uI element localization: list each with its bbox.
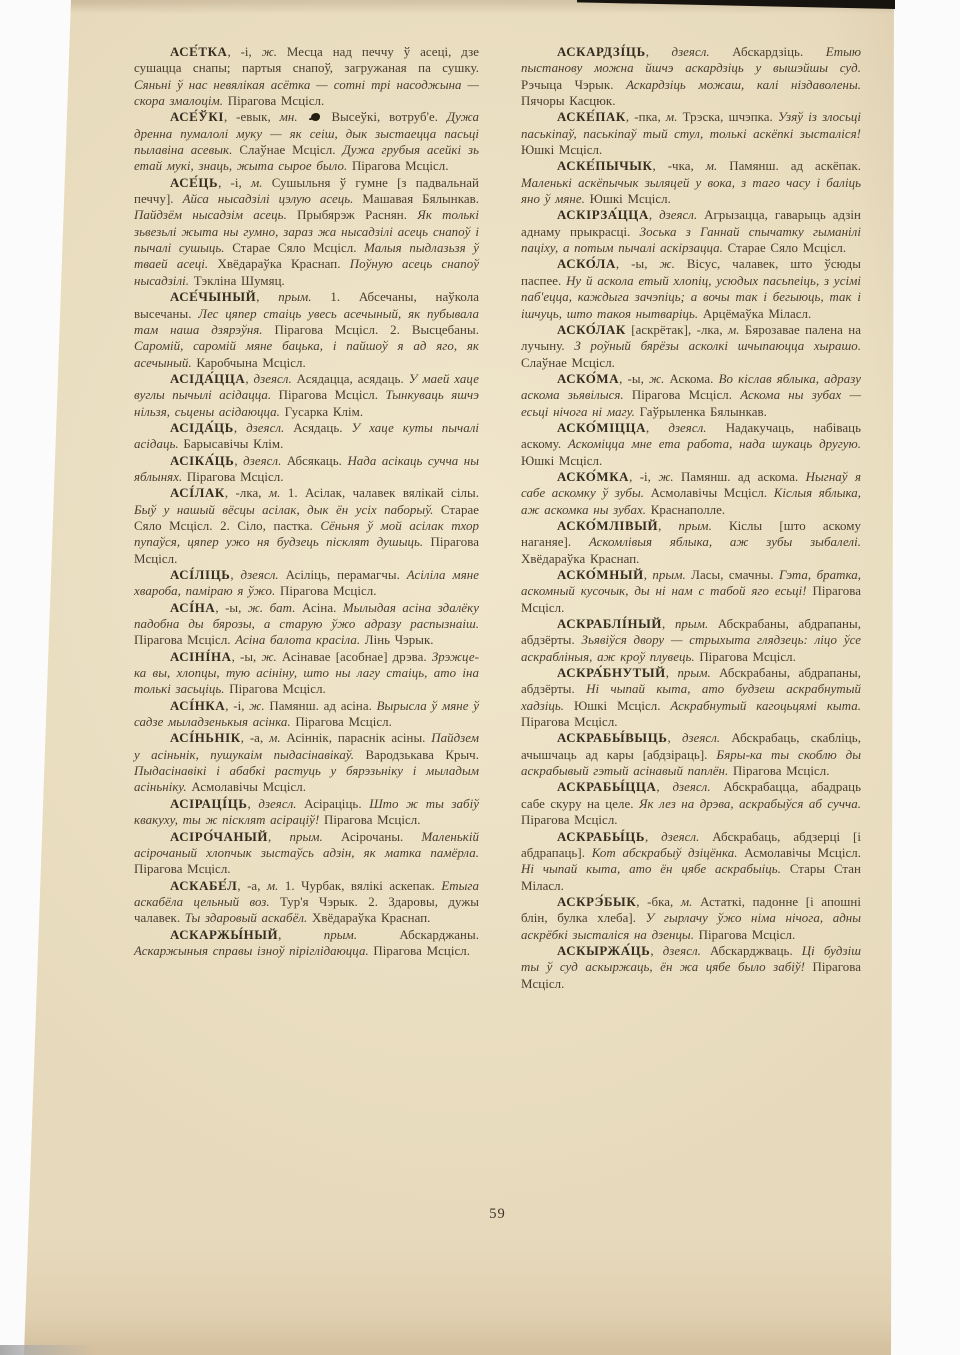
entry-text: , [245, 372, 253, 386]
dictionary-entry: АСКЫРЖА́ЦЬ, дзеясл. Абскарджваць. Ці буд… [521, 943, 861, 992]
dictionary-entry: АСКЕ́ПЫЧЫК, -чка, м. Памянш. ад аскёпак.… [521, 158, 861, 207]
headword: АСКАРДЗІ́ЦЬ [557, 45, 646, 59]
page-number: 59 [134, 1206, 861, 1223]
entry-text: , -а, [241, 731, 269, 745]
entry-text: , -ы, [619, 372, 649, 386]
entry-text: дзеясл. [246, 421, 293, 435]
headword: АСІ́ЛАК [170, 486, 225, 500]
headword: АСІДА́ЦЦА [170, 372, 245, 386]
entry-text: Арцёмаўка Міласл. [703, 307, 811, 321]
dictionary-entry: АСІРО́ЧАНЫЙ, прым. Асірочаны. Маленькій … [134, 829, 479, 878]
headword: АСКАБЕ́Л [170, 879, 237, 893]
entry-text: Аскома. [670, 372, 719, 386]
entry-text: [аскрётак], -лка, [626, 323, 728, 337]
entry-text: , -і, [218, 176, 251, 190]
entry-text: Абскардзіць. [732, 45, 826, 59]
headword: АСКІРЗА́ЦЦА [557, 208, 649, 222]
entry-text: , -чка, [652, 159, 705, 173]
entry-text: Асірочаны. [341, 830, 422, 844]
headword: АСЕ́ТКА [170, 45, 227, 59]
entry-text: ж. [262, 45, 287, 59]
headword: АСКО́ЛА [557, 257, 616, 271]
dictionary-entry: АСКРАБЫ́ЦЦА, дзеясл. Абскрабацца, абадра… [521, 779, 861, 828]
entry-text: Асмолавічы Мсцісл. [651, 486, 774, 500]
entry-text: Юшкі Мсцісл. [521, 454, 602, 468]
entry-text: ж. [261, 650, 281, 664]
entry-text: Краснаполле. [651, 503, 726, 517]
dictionary-column-left: АСЕ́ТКА, -і, ж. Месца над печчу ў асеці,… [134, 44, 479, 959]
dictionary-entry: АСКО́ЛАК [аскрётак], -лка, м. Бярозавае … [521, 322, 861, 371]
entry-text: Юшкі Мсцісл. [521, 143, 602, 157]
entry-text: , [646, 45, 672, 59]
headword: АСКО́МА [557, 372, 619, 386]
entry-text: Асядаць. [293, 421, 351, 435]
entry-text: Асмолавічы Мсцісл. [744, 846, 861, 860]
entry-text: З роўный бярёзы асколкі шчыпаюцца хырашо… [574, 339, 861, 353]
entry-text: Машавая Бялынкав. [362, 192, 479, 206]
entry-text: , [230, 568, 240, 582]
entry-text: Аскомлівыя яблыка, аж зубы зыбалелі. [589, 535, 861, 549]
entry-text: дзеясл. [682, 731, 731, 745]
entry-text: Пайдзём нысадзім асець. [134, 208, 297, 222]
entry-text: Пірагова Мсцісл. [699, 650, 796, 664]
headword: АСІ́НКА [170, 699, 225, 713]
entry-text: прым. [675, 617, 718, 631]
entry-text: м. [681, 895, 700, 909]
headword: АСЕ́ЦЬ [170, 176, 218, 190]
entry-text: ж. [649, 372, 669, 386]
headword: АСЕ́ЧЫНЫЙ [170, 290, 256, 304]
entry-text: , [662, 617, 675, 631]
headword: АСІРАЦІ́ЦЬ [170, 797, 248, 811]
dictionary-entry: АСІДА́ЦЬ, дзеясл. Асядаць. У хаце куты п… [134, 420, 479, 453]
dictionary-entry: АСІКА́ЦЬ, дзеясл. Абсякаць. Нада асікаць… [134, 453, 479, 486]
dictionary-entry: АСКРЭ́БЫК, -бка, м. Астаткі, падонне [і … [521, 894, 861, 943]
entry-text: Пірагова Мсцісл. [280, 584, 377, 598]
entry-text: Асмолавічы Мсцісл. [191, 780, 306, 794]
entry-text: , [278, 928, 324, 942]
dictionary-entry: АСКО́МКА, -і, ж. Памянш. ад аскома. Ныгн… [521, 469, 861, 518]
entry-text: м. [728, 323, 745, 337]
entry-text: , [248, 797, 259, 811]
entry-text: , [650, 944, 662, 958]
dictionary-entry: АСКРАБЫ́ЦЬ, дзеясл. Абскрабаць, абдзерці… [521, 829, 861, 894]
scan-corner-shadow [0, 1345, 95, 1355]
entry-text: Асіліць, перамагчы. [286, 568, 407, 582]
dictionary-entry: АСЕ́ЎКІ, -евык, мн. Высеўкі, вотруб'е. Д… [134, 109, 479, 174]
dictionary-entry: АСЕ́ЧЫНЫЙ, прым. 1. Абсечаны, наўкола вы… [134, 289, 479, 371]
entry-text: , -евык, [224, 110, 280, 124]
headword: АСКРАБЫ́ВЫЦЬ [557, 731, 667, 745]
entry-text: ж. бат. [248, 601, 302, 615]
entry-text: прым. [652, 568, 691, 582]
entry-text: Пірагова Мсцісл. [229, 682, 326, 696]
entry-text: Кот абскрабыў дзіцёнка. [592, 846, 745, 860]
dictionary-entry: АСЕ́ТКА, -і, ж. Месца над печчу ў асеці,… [134, 44, 479, 109]
entry-text: Асіна балота красіла. [235, 633, 365, 647]
headword: АСЕ́ЎКІ [170, 110, 224, 124]
entry-text: Абскарджваць. [710, 944, 802, 958]
entry-text: дзеясл. [661, 830, 712, 844]
headword: АСКРАБЛІ́НЫЙ [557, 617, 662, 631]
entry-text: Быў у нашый вёсцы асілак, дык ён усіх па… [134, 503, 441, 517]
dictionary-entry: АСІ́ЛІЦЬ, дзеясл. Асіліць, перамагчы. Ас… [134, 567, 479, 600]
entry-text: Пірагова Мсцісл. [373, 944, 470, 958]
headword: АСКРАБЫ́ЦЦА [557, 780, 656, 794]
entry-text: , [234, 421, 246, 435]
entry-text: м. [269, 731, 286, 745]
entry-text: , -ы, [232, 650, 262, 664]
entry-text: Слаўнае Мсцісл. [521, 356, 615, 370]
entry-text: Ласы, смачны. [691, 568, 779, 582]
entry-text: , -і, [629, 470, 658, 484]
headword: АСІРО́ЧАНЫЙ [170, 830, 268, 844]
dictionary-entry: АСІДА́ЦЦА, дзеясл. Асядацца, асядаць. У … [134, 371, 479, 420]
entry-text: ж. [249, 699, 269, 713]
headword: АСКО́МНЫЙ [557, 568, 644, 582]
entry-text: Пірагова Мсцісл. [134, 862, 231, 876]
entry-text: Пірагова Мсцісл. [699, 928, 796, 942]
entry-text: Пячоры Касцюк. [521, 94, 615, 108]
entry-text: Гусарка Клім. [285, 405, 364, 419]
dictionary-entry: АСКАРЖЫ́НЫЙ, прым. Абскарджаны. Аскаржын… [134, 927, 479, 960]
dictionary-entry: АСКРАБЫ́ВЫЦЬ, дзеясл. Абскрабаць, скаблі… [521, 730, 861, 779]
entry-text: Слаўнае Мсцісл. [239, 143, 342, 157]
entry-text: дзеясл. [241, 568, 286, 582]
entry-text: , [658, 519, 678, 533]
entry-text: Гаўрыленка Бялынкав. [640, 405, 767, 419]
dictionary-entry: АСКО́МЛІВЫЙ, прым. Кіслы [што аскому наг… [521, 518, 861, 567]
dictionary-entry: АСІ́НЬНІК, -а, м. Асіннік, параснік асін… [134, 730, 479, 795]
dictionary-entry: АСКІРЗА́ЦЦА, дзеясл. Агрызацца, гаварыць… [521, 207, 861, 256]
dictionary-entry: АСКРА́БНУТЫЙ, прым. Абскрабаны, абдрапан… [521, 665, 861, 730]
headword: АСІ́НА [170, 601, 215, 615]
entry-text: , -бка, [636, 895, 681, 909]
entry-text: Пірагова Мсцісл. [228, 94, 325, 108]
dictionary-entry: АСІ́ЛАК, -лка, м. 1. Асілак, чалавек вял… [134, 485, 479, 567]
entry-text: м. [267, 879, 285, 893]
entry-text: дзеясл. [663, 944, 710, 958]
entry-text: Саромій, саромій мяне бацька, і пайшоў я… [134, 339, 479, 369]
entry-text: Абсякаць. [287, 454, 348, 468]
entry-text: прым. [679, 519, 729, 533]
dictionary-entry: АСІРАЦІ́ЦЬ, дзеясл. Асіраціць. Што ж ты … [134, 796, 479, 829]
entry-text: Памянш. ад аскома. [681, 470, 806, 484]
headword: АСКО́МЛІВЫЙ [557, 519, 658, 533]
entry-text: Пірагова Мсцісл. [632, 388, 740, 402]
entry-text: Лінь Чэрык. [365, 633, 434, 647]
entry-text: дзеясл. [668, 421, 725, 435]
entry-text: Аскаржыныя справы ізноў піріглідаюцца. [134, 944, 373, 958]
entry-text: Барысавічы Клім. [183, 437, 283, 451]
dictionary-entry: АСКО́МІЦЦА, дзеясл. Надакучаць, набіваць… [521, 420, 861, 469]
entry-text: прым. [289, 830, 341, 844]
entry-text: Пірагова Мсцісл. 2. Высцебаны. [274, 323, 479, 337]
entry-text: Пірагова Мсцісл. [352, 159, 449, 173]
entry-text: Пірагова Мсцісл. [295, 715, 392, 729]
entry-text: Ты здаровый аскабёл. [185, 911, 312, 925]
entry-text: ж. [658, 470, 681, 484]
entry-text: , -і, [225, 699, 249, 713]
entry-text: Трэска, шчэпка. [683, 110, 778, 124]
entry-text: Аскоміцца мне ета работа, нада шукаць др… [568, 437, 861, 451]
dictionary-entry: АСІ́НКА, -і, ж. Памянш. ад асіна. Вырысл… [134, 698, 479, 731]
entry-text: дзеясл. [672, 780, 723, 794]
entry-text: Памянш. ад асіна. [269, 699, 376, 713]
entry-text: , [666, 666, 678, 680]
entry-text: , [646, 421, 668, 435]
entry-text: , [667, 731, 682, 745]
headword: АСКО́ЛАК [557, 323, 626, 337]
headword: АСІ́НЬНІК [170, 731, 241, 745]
entry-text: Пірагова Мсцісл. [733, 764, 830, 778]
entry-text: Аскрабнутый кагоцьцямі кыта. [670, 699, 861, 713]
entry-text: дзеясл. [254, 372, 297, 386]
entry-text: Высеўкі, вотруб'е. [323, 110, 447, 124]
entry-text: , [256, 290, 278, 304]
entry-text: Пірагова Мсцісл. [134, 633, 235, 647]
entry-text: Юшкі Мсцісл. [590, 192, 671, 206]
entry-text: Юшкі Мсцісл. [574, 699, 670, 713]
entry-text: м. [666, 110, 683, 124]
dictionary-entry: АСКО́ЛА, -ы, ж. Вісус, чалавек, што ўсюд… [521, 256, 861, 321]
entry-text: Пірагова Мсцісл. [521, 813, 618, 827]
dictionary-entry: АСІ́НА, -ы, ж. бат. Асіна. Мылыдая асіна… [134, 600, 479, 649]
dictionary-entry: АСІНІ́НА, -ы, ж. Асінавае [асобнае] дрэв… [134, 649, 479, 698]
entry-text: , -ы, [215, 601, 248, 615]
entry-text: ж. [660, 257, 687, 271]
entry-text: м. [251, 176, 272, 190]
headword: АСІДА́ЦЬ [170, 421, 234, 435]
dictionary-entry: АСЕ́ЦЬ, -і, м. Сушыльня ў гумне [з падва… [134, 175, 479, 289]
headword: АСІНІ́НА [170, 650, 232, 664]
entry-text: , -пка, [626, 110, 666, 124]
entry-text: , [645, 830, 661, 844]
entry-text: мн. [280, 110, 307, 124]
entry-text: 1. Асілак, чалавек вялікай сілы. [288, 486, 479, 500]
entry-text: Аскардзіць можаш, калі ніздаволены. [626, 78, 861, 92]
entry-text: Хвёдараўка Краснап. [217, 257, 349, 271]
entry-text: Старае Сяло Мсцісл. [728, 241, 846, 255]
dictionary-column-right: АСКАРДЗІ́ЦЬ, дзеясл. Абскардзіць. Етыю п… [521, 44, 861, 992]
entry-text: Пыдасінавікі і абабкі растуць у бярэзьні… [134, 764, 479, 794]
entry-text: Асіна. [302, 601, 343, 615]
entry-text: Старае Сяло Мсцісл. [232, 241, 364, 255]
entry-text: Тэкліна Шумяц. [194, 274, 285, 288]
entry-text: Асядацца, асядаць. [297, 372, 409, 386]
entry-text: Вародзькава Крыч. [365, 748, 479, 762]
entry-text: Рэчыца Чэрык. [521, 78, 626, 92]
entry-text: Ні чыпай кыта, ато ён цябе аскрабыіць. [521, 862, 790, 876]
headword: АСКРА́БНУТЫЙ [557, 666, 666, 680]
entry-text: , -ы, [616, 257, 660, 271]
headword: АСІКА́ЦЬ [170, 454, 234, 468]
entry-text: прым. [324, 928, 400, 942]
entry-text: дзеясл. [659, 208, 704, 222]
entry-text: м. [706, 159, 730, 173]
entry-text: дзеясл. [258, 797, 304, 811]
headword: АСКЫРЖА́ЦЬ [557, 944, 650, 958]
entry-text: 1. Чурбак, вялікі аскепак. [285, 879, 441, 893]
ink-blot-mark [311, 113, 320, 121]
entry-text: Памянш. ад аскёпак. [729, 159, 861, 173]
entry-text: Хвёдараўка Краснап. [312, 911, 430, 925]
entry-text: Хвёдараўка Краснап. [521, 552, 639, 566]
entry-text: Пірагова Мсцісл. [279, 388, 386, 402]
entry-text: дзеясл. [243, 454, 287, 468]
entry-text: Каробчына Мсцісл. [196, 356, 305, 370]
entry-text: Абскарджаны. [399, 928, 479, 942]
entry-text: , -лка, [225, 486, 269, 500]
entry-text: м. [269, 486, 288, 500]
entry-text: , [649, 208, 659, 222]
entry-text: Як лез на дрэва, аскрабыўся аб сучча. [639, 797, 861, 811]
dictionary-entry: АСКЕ́ПАК, -пка, м. Трэска, шчэпка. Узяў … [521, 109, 861, 158]
entry-text: Пірагова Мсцісл. [324, 813, 421, 827]
entry-text: , -і, [227, 45, 261, 59]
entry-text: Прыбярэж Раснян. [297, 208, 417, 222]
headword: АСКЕ́ПАК [557, 110, 626, 124]
dictionary-entry: АСКО́МНЫЙ, прым. Ласы, смачны. Гэта, бра… [521, 567, 861, 616]
scanned-page: АСЕ́ТКА, -і, ж. Месца над печчу ў асеці,… [0, 0, 960, 1355]
dictionary-entry: АСКАРДЗІ́ЦЬ, дзеясл. Абскардзіць. Етыю п… [521, 44, 861, 109]
dictionary-entry: АСКО́МА, -ы, ж. Аскома. Во кіслав яблыка… [521, 371, 861, 420]
entry-text: Пірагова Мсцісл. [521, 715, 618, 729]
entry-text: прым. [677, 666, 719, 680]
entry-text: , [234, 454, 243, 468]
entry-text: Пірагова Мсцісл. [187, 470, 284, 484]
entry-text: Асінавае [асобнае] дрэва. [282, 650, 432, 664]
entry-text: Маленькі аскёпычык зыляцей у вока, з таг… [521, 176, 861, 206]
headword: АСКО́МІЦЦА [557, 421, 646, 435]
headword: АСКО́МКА [557, 470, 629, 484]
headword: АСІ́ЛІЦЬ [170, 568, 230, 582]
entry-text: Асіраціць. [304, 797, 369, 811]
entry-text: , [268, 830, 289, 844]
headword: АСКРЭ́БЫК [557, 895, 636, 909]
headword: АСКРАБЫ́ЦЬ [557, 830, 645, 844]
entry-text: Асіннік, параснік асіны. [286, 731, 431, 745]
entry-text: , [656, 780, 672, 794]
dictionary-entry: АСКАБЕ́Л, -а, м. 1. Чурбак, вялікі аскеп… [134, 878, 479, 927]
entry-text: прым. [278, 290, 330, 304]
entry-text: Айса нысадзілі цэлую асець. [183, 192, 363, 206]
entry-text: , -а, [237, 879, 267, 893]
headword: АСКАРЖЫ́НЫЙ [170, 928, 278, 942]
headword: АСКЕ́ПЫЧЫК [557, 159, 652, 173]
entry-text: дзеясл. [672, 45, 733, 59]
dictionary-entry: АСКРАБЛІ́НЫЙ, прым. Абскрабаны, абдрапан… [521, 616, 861, 665]
